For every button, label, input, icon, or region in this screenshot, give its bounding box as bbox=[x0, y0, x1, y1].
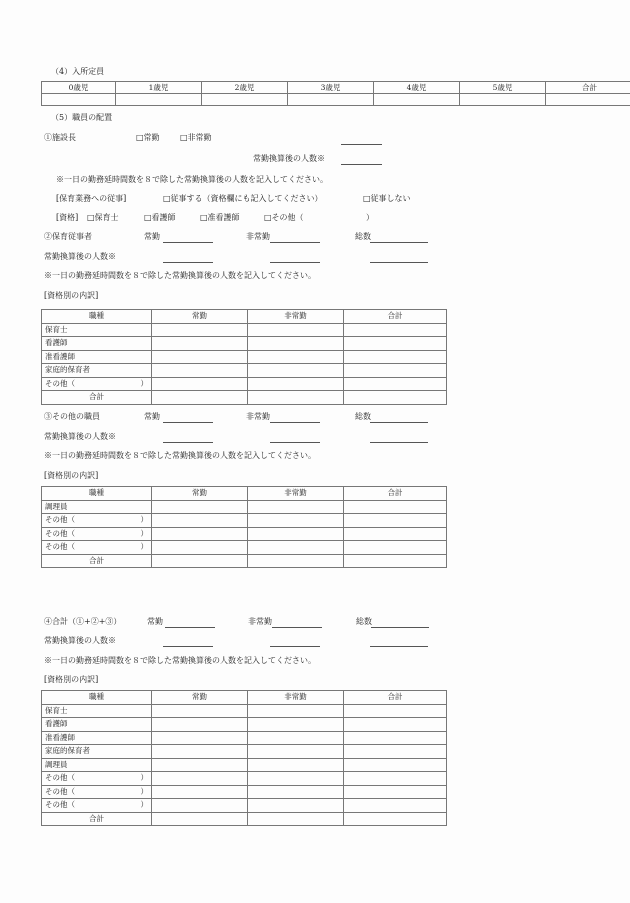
director-conv-blank[interactable] bbox=[341, 164, 382, 165]
table-row: 准看護師 bbox=[42, 350, 447, 364]
director-label: ①施設長 bbox=[44, 133, 76, 143]
row-label-total: 合計 bbox=[42, 812, 152, 826]
cell-fulltime[interactable] bbox=[152, 377, 248, 391]
cell-total[interactable] bbox=[344, 377, 447, 391]
childcare-conv-parttime-blank[interactable] bbox=[270, 262, 320, 263]
cell-fulltime[interactable] bbox=[152, 337, 248, 351]
cell-fulltime[interactable] bbox=[152, 812, 248, 826]
childcare-fulltime-blank[interactable] bbox=[163, 242, 213, 243]
childcare-parttime-blank[interactable] bbox=[270, 242, 320, 243]
other-staff-conv-total-blank[interactable] bbox=[370, 442, 428, 443]
cell-total[interactable] bbox=[344, 704, 447, 718]
row-label: 調理員 bbox=[42, 758, 152, 772]
cell-fulltime[interactable] bbox=[152, 527, 248, 541]
enroll-cell-age4[interactable] bbox=[374, 94, 460, 106]
other-close: ） bbox=[141, 799, 149, 812]
header-job-type: 職種 bbox=[42, 487, 152, 501]
row-label-total: 合計 bbox=[42, 554, 152, 568]
childcare-total-label: 総数 bbox=[355, 232, 371, 242]
other-open: その他（ bbox=[45, 541, 75, 554]
grand-total-breakdown-table: 職種 常勤 非常勤 合計 保育士 看護師 准看護師 家庭的保育者 調理員 その他… bbox=[41, 690, 447, 826]
other-close: ） bbox=[141, 772, 149, 785]
row-label: 家庭的保育者 bbox=[42, 364, 152, 378]
table-row: その他（） bbox=[42, 799, 447, 813]
grand-total-conv-total-blank[interactable] bbox=[370, 646, 428, 647]
row-label-other[interactable]: その他（） bbox=[42, 527, 152, 541]
header-total: 合計 bbox=[344, 691, 447, 705]
other-open: その他（ bbox=[45, 786, 75, 799]
other-staff-note: ※一日の勤務延時間数を８で除した常勤換算後の人数を記入してください。 bbox=[44, 451, 316, 461]
row-label: 調理員 bbox=[42, 500, 152, 514]
cell-parttime[interactable] bbox=[248, 391, 344, 405]
header-parttime: 非常勤 bbox=[248, 310, 344, 324]
cell-fulltime[interactable] bbox=[152, 500, 248, 514]
other-close: ） bbox=[141, 541, 149, 554]
header-parttime: 非常勤 bbox=[248, 691, 344, 705]
cell-fulltime[interactable] bbox=[152, 704, 248, 718]
cell-total[interactable] bbox=[344, 500, 447, 514]
enroll-header-age2: 2歳児 bbox=[202, 82, 288, 94]
cell-total[interactable] bbox=[344, 527, 447, 541]
cell-fulltime[interactable] bbox=[152, 745, 248, 759]
director-count-blank[interactable] bbox=[341, 144, 382, 145]
other-staff-fulltime-label: 常勤 bbox=[144, 412, 160, 422]
cell-total[interactable] bbox=[344, 514, 447, 528]
enroll-cell-age1[interactable] bbox=[116, 94, 202, 106]
qual-childcare-checkbox[interactable]: □保育士 bbox=[87, 213, 119, 223]
childcare-breakdown-table: 職種 常勤 非常勤 合計 保育士 看護師 准看護師 家庭的保育者 その他（） 合… bbox=[41, 309, 447, 405]
enroll-cell-age3[interactable] bbox=[288, 94, 374, 106]
grand-total-conv-fulltime-blank[interactable] bbox=[163, 646, 213, 647]
cell-parttime[interactable] bbox=[248, 350, 344, 364]
enroll-header-total: 合計 bbox=[546, 82, 630, 94]
cell-parttime[interactable] bbox=[248, 772, 344, 786]
qual-nurse-checkbox[interactable]: □看護師 bbox=[144, 213, 176, 223]
director-parttime-checkbox[interactable]: □非常勤 bbox=[180, 133, 212, 143]
row-label: 看護師 bbox=[42, 337, 152, 351]
table-total-row: 合計 bbox=[42, 554, 447, 568]
row-label-total: 合計 bbox=[42, 391, 152, 405]
other-staff-breakdown-table: 職種 常勤 非常勤 合計 調理員 その他（） その他（） その他（） 合計 bbox=[41, 486, 447, 568]
cell-fulltime[interactable] bbox=[152, 364, 248, 378]
cell-parttime[interactable] bbox=[248, 758, 344, 772]
cell-total[interactable] bbox=[344, 541, 447, 555]
other-staff-breakdown-label: [資格別の内訳] bbox=[44, 471, 98, 481]
table-row: その他（） bbox=[42, 527, 447, 541]
cell-total[interactable] bbox=[344, 731, 447, 745]
enroll-header-age0: 0歳児 bbox=[42, 82, 116, 94]
table-total-row: 合計 bbox=[42, 391, 447, 405]
cell-parttime[interactable] bbox=[248, 500, 344, 514]
childcare-total-blank[interactable] bbox=[370, 242, 428, 243]
header-parttime: 非常勤 bbox=[248, 487, 344, 501]
qual-other-checkbox[interactable]: □その他（ bbox=[264, 213, 304, 223]
director-fulltime-checkbox[interactable]: □常勤 bbox=[136, 133, 160, 143]
table-row: 保育士 bbox=[42, 704, 447, 718]
enrollment-table: 0歳児 1歳児 2歳児 3歳児 4歳児 5歳児 合計 bbox=[41, 81, 630, 106]
header-fulltime: 常勤 bbox=[152, 691, 248, 705]
cell-parttime[interactable] bbox=[248, 812, 344, 826]
other-close: ） bbox=[141, 514, 149, 527]
other-close: ） bbox=[141, 786, 149, 799]
cell-fulltime[interactable] bbox=[152, 514, 248, 528]
cell-parttime[interactable] bbox=[248, 337, 344, 351]
cell-fulltime[interactable] bbox=[152, 554, 248, 568]
other-open: その他（ bbox=[45, 799, 75, 812]
header-total: 合計 bbox=[344, 310, 447, 324]
row-label-other[interactable]: その他（） bbox=[42, 785, 152, 799]
cell-total[interactable] bbox=[344, 772, 447, 786]
row-label: 准看護師 bbox=[42, 350, 152, 364]
enrollment-value-row bbox=[42, 94, 630, 106]
grand-total-fulltime-label: 常勤 bbox=[147, 617, 163, 627]
cell-fulltime[interactable] bbox=[152, 718, 248, 732]
other-staff-label: ③その他の職員 bbox=[44, 412, 100, 422]
cell-total[interactable] bbox=[344, 812, 447, 826]
other-open: その他（ bbox=[45, 528, 75, 541]
cell-fulltime[interactable] bbox=[152, 391, 248, 405]
other-open: その他（ bbox=[45, 514, 75, 527]
childcare-conv-label: 常勤換算後の人数※ bbox=[44, 252, 116, 262]
other-open: その他（ bbox=[45, 772, 75, 785]
cell-fulltime[interactable] bbox=[152, 731, 248, 745]
grand-total-note: ※一日の勤務延時間数を８で除した常勤換算後の人数を記入してください。 bbox=[44, 656, 316, 666]
table-row: その他（） bbox=[42, 541, 447, 555]
header-total: 合計 bbox=[344, 487, 447, 501]
cell-total[interactable] bbox=[344, 554, 447, 568]
cell-total[interactable] bbox=[344, 364, 447, 378]
childcare-parttime-label: 非常勤 bbox=[246, 232, 270, 242]
header-fulltime: 常勤 bbox=[152, 487, 248, 501]
cell-fulltime[interactable] bbox=[152, 323, 248, 337]
enroll-header-age3: 3歳児 bbox=[288, 82, 374, 94]
grand-total-total-blank[interactable] bbox=[371, 627, 429, 628]
childcare-breakdown-label: [資格別の内訳] bbox=[44, 291, 98, 301]
row-label-other[interactable]: その他（） bbox=[42, 377, 152, 391]
childcare-conv-fulltime-blank[interactable] bbox=[163, 262, 213, 263]
table-total-row: 合計 bbox=[42, 812, 447, 826]
table-row: 調理員 bbox=[42, 500, 447, 514]
other-open: その他（ bbox=[45, 378, 75, 391]
enroll-header-age1: 1歳児 bbox=[116, 82, 202, 94]
qual-other-close: ） bbox=[366, 213, 374, 223]
other-staff-parttime-label: 非常勤 bbox=[246, 412, 270, 422]
cell-total[interactable] bbox=[344, 718, 447, 732]
cell-fulltime[interactable] bbox=[152, 785, 248, 799]
section5-heading: （5）職員の配置 bbox=[51, 113, 112, 123]
header-job-type: 職種 bbox=[42, 310, 152, 324]
other-close: ） bbox=[141, 528, 149, 541]
grand-total-breakdown-label: [資格別の内訳] bbox=[44, 675, 98, 685]
section4-heading: （4）入所定員 bbox=[51, 67, 104, 77]
cell-parttime[interactable] bbox=[248, 323, 344, 337]
cell-parttime[interactable] bbox=[248, 554, 344, 568]
grand-total-label: ④合計（①+②+③） bbox=[44, 617, 121, 627]
duty-yes-checkbox[interactable]: □従事する（資格欄にも記入してください） bbox=[163, 194, 323, 204]
table-row: 家庭的保育者 bbox=[42, 364, 447, 378]
cell-fulltime[interactable] bbox=[152, 350, 248, 364]
enroll-header-age4: 4歳児 bbox=[374, 82, 460, 94]
director-conv-label: 常勤換算後の人数※ bbox=[253, 154, 325, 164]
table-row: 家庭的保育者 bbox=[42, 745, 447, 759]
header-job-type: 職種 bbox=[42, 691, 152, 705]
director-note: ※一日の勤務延時間数を８で除した常勤換算後の人数を記入してください。 bbox=[56, 175, 328, 185]
cell-fulltime[interactable] bbox=[152, 799, 248, 813]
cell-total[interactable] bbox=[344, 337, 447, 351]
table-header-row: 職種 常勤 非常勤 合計 bbox=[42, 310, 447, 324]
row-label: 准看護師 bbox=[42, 731, 152, 745]
cell-total[interactable] bbox=[344, 785, 447, 799]
grand-total-parttime-blank[interactable] bbox=[272, 627, 322, 628]
duty-no-checkbox[interactable]: □従事しない bbox=[363, 194, 411, 204]
cell-parttime[interactable] bbox=[248, 364, 344, 378]
cell-parttime[interactable] bbox=[248, 799, 344, 813]
grand-total-parttime-label: 非常勤 bbox=[248, 617, 272, 627]
cell-total[interactable] bbox=[344, 799, 447, 813]
cell-total[interactable] bbox=[344, 350, 447, 364]
table-row: その他（） bbox=[42, 377, 447, 391]
cell-parttime[interactable] bbox=[248, 541, 344, 555]
other-close: ） bbox=[141, 378, 149, 391]
enroll-cell-age0[interactable] bbox=[42, 94, 116, 106]
other-staff-total-blank[interactable] bbox=[370, 422, 428, 423]
row-label: 保育士 bbox=[42, 323, 152, 337]
cell-parttime[interactable] bbox=[248, 514, 344, 528]
table-row: その他（） bbox=[42, 772, 447, 786]
qualification-label: [資格] bbox=[56, 213, 78, 223]
cell-parttime[interactable] bbox=[248, 377, 344, 391]
row-label-other[interactable]: その他（） bbox=[42, 514, 152, 528]
row-label: 保育士 bbox=[42, 704, 152, 718]
header-fulltime: 常勤 bbox=[152, 310, 248, 324]
table-row: 看護師 bbox=[42, 718, 447, 732]
childcare-note: ※一日の勤務延時間数を８で除した常勤換算後の人数を記入してください。 bbox=[44, 271, 316, 281]
other-staff-fulltime-blank[interactable] bbox=[163, 422, 213, 423]
row-label-other[interactable]: その他（） bbox=[42, 541, 152, 555]
cell-fulltime[interactable] bbox=[152, 758, 248, 772]
cell-parttime[interactable] bbox=[248, 785, 344, 799]
duty-label: [保育業務への従事] bbox=[56, 194, 126, 204]
table-row: 准看護師 bbox=[42, 731, 447, 745]
enroll-cell-age5[interactable] bbox=[460, 94, 546, 106]
cell-parttime[interactable] bbox=[248, 731, 344, 745]
table-header-row: 職種 常勤 非常勤 合計 bbox=[42, 691, 447, 705]
table-row: 調理員 bbox=[42, 758, 447, 772]
table-row: 保育士 bbox=[42, 323, 447, 337]
cell-fulltime[interactable] bbox=[152, 541, 248, 555]
childcare-conv-total-blank[interactable] bbox=[370, 262, 428, 263]
other-staff-total-label: 総数 bbox=[355, 412, 371, 422]
grand-total-fulltime-blank[interactable] bbox=[165, 627, 215, 628]
qual-assistant-nurse-checkbox[interactable]: □准看護師 bbox=[200, 213, 240, 223]
enroll-cell-total[interactable] bbox=[546, 94, 630, 106]
cell-parttime[interactable] bbox=[248, 704, 344, 718]
grand-total-total-label: 総数 bbox=[356, 617, 372, 627]
other-staff-conv-fulltime-blank[interactable] bbox=[163, 442, 213, 443]
row-label-other[interactable]: その他（） bbox=[42, 772, 152, 786]
table-row: その他（） bbox=[42, 785, 447, 799]
row-label-other[interactable]: その他（） bbox=[42, 799, 152, 813]
cell-total[interactable] bbox=[344, 745, 447, 759]
cell-fulltime[interactable] bbox=[152, 772, 248, 786]
other-staff-conv-label: 常勤換算後の人数※ bbox=[44, 432, 116, 442]
enrollment-header-row: 0歳児 1歳児 2歳児 3歳児 4歳児 5歳児 合計 bbox=[42, 82, 630, 94]
other-staff-conv-parttime-blank[interactable] bbox=[270, 442, 320, 443]
childcare-label: ②保育従事者 bbox=[44, 232, 92, 242]
cell-total[interactable] bbox=[344, 758, 447, 772]
grand-total-conv-parttime-blank[interactable] bbox=[270, 646, 320, 647]
table-row: 看護師 bbox=[42, 337, 447, 351]
cell-total[interactable] bbox=[344, 391, 447, 405]
other-staff-parttime-blank[interactable] bbox=[270, 422, 320, 423]
table-header-row: 職種 常勤 非常勤 合計 bbox=[42, 487, 447, 501]
cell-total[interactable] bbox=[344, 323, 447, 337]
row-label: 家庭的保育者 bbox=[42, 745, 152, 759]
enroll-cell-age2[interactable] bbox=[202, 94, 288, 106]
enroll-header-age5: 5歳児 bbox=[460, 82, 546, 94]
cell-parttime[interactable] bbox=[248, 745, 344, 759]
cell-parttime[interactable] bbox=[248, 718, 344, 732]
row-label: 看護師 bbox=[42, 718, 152, 732]
childcare-fulltime-label: 常勤 bbox=[144, 232, 160, 242]
cell-parttime[interactable] bbox=[248, 527, 344, 541]
table-row: その他（） bbox=[42, 514, 447, 528]
grand-total-conv-label: 常勤換算後の人数※ bbox=[44, 636, 116, 646]
